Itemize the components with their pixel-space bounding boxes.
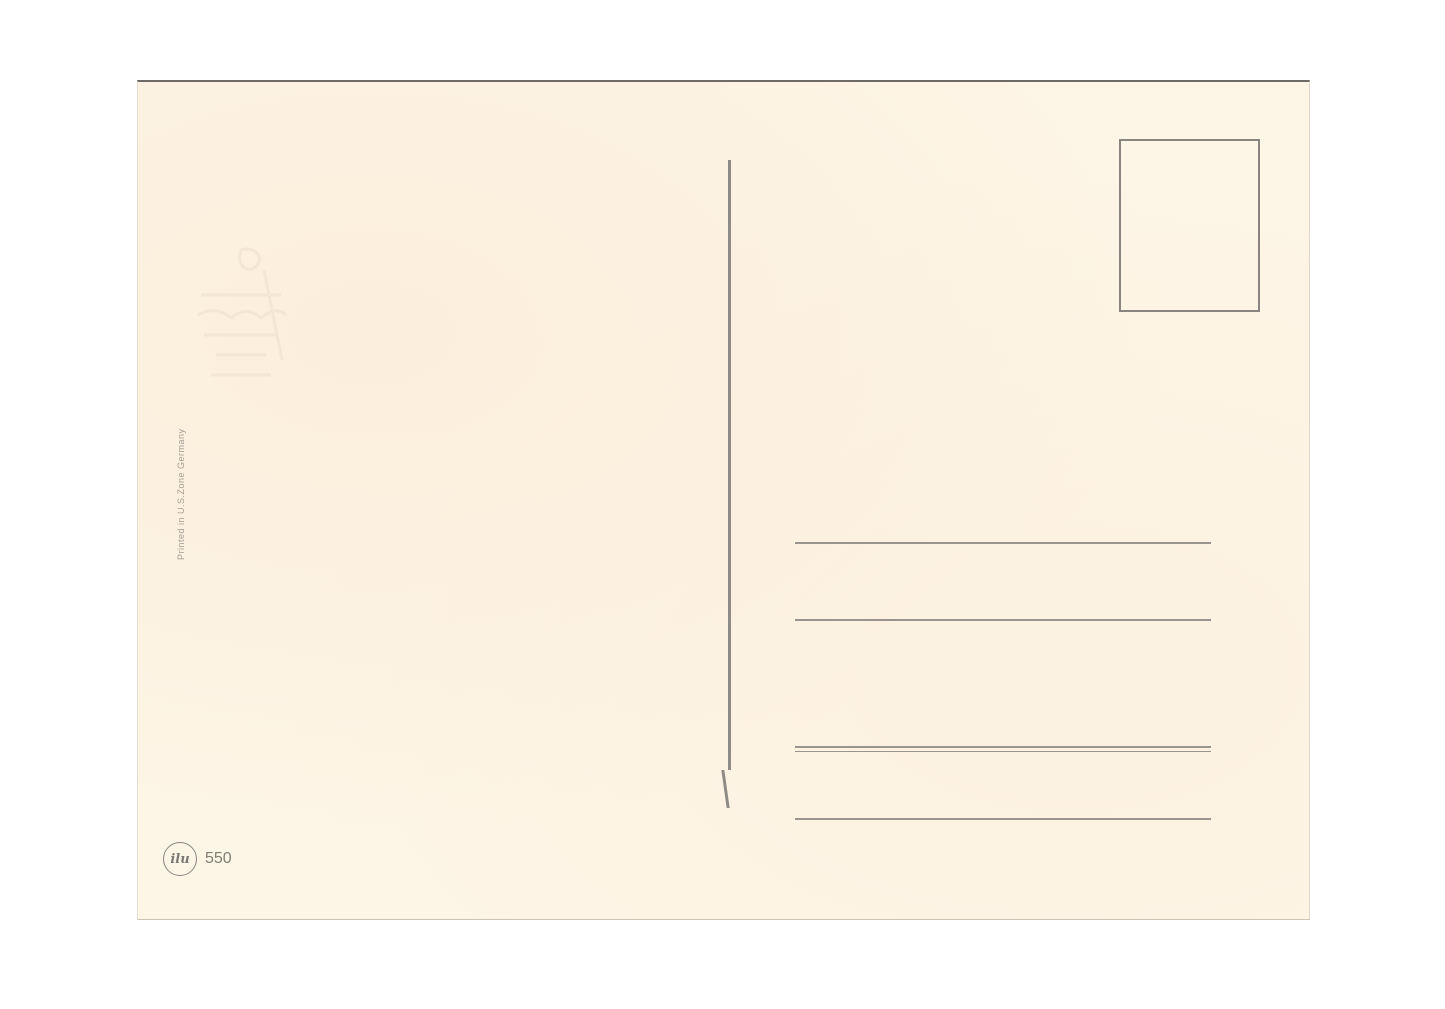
address-line-2 xyxy=(795,619,1211,621)
address-line-4 xyxy=(795,818,1211,820)
publisher-imprint: ilu 550 xyxy=(163,842,232,876)
publisher-logo-icon: ilu xyxy=(163,842,197,876)
embossed-crown-emblem-icon xyxy=(186,240,296,400)
catalog-number: 550 xyxy=(205,850,232,868)
message-address-divider xyxy=(728,160,731,770)
address-line-3b xyxy=(795,751,1211,752)
address-line-3a xyxy=(795,746,1211,748)
address-line-1 xyxy=(795,542,1211,544)
divider-foot xyxy=(721,770,729,808)
printed-in-note: Printed in U.S.Zone Germany xyxy=(176,428,186,560)
stamp-box xyxy=(1119,139,1260,312)
postcard-back: Printed in U.S.Zone Germany ilu 550 xyxy=(137,80,1310,920)
